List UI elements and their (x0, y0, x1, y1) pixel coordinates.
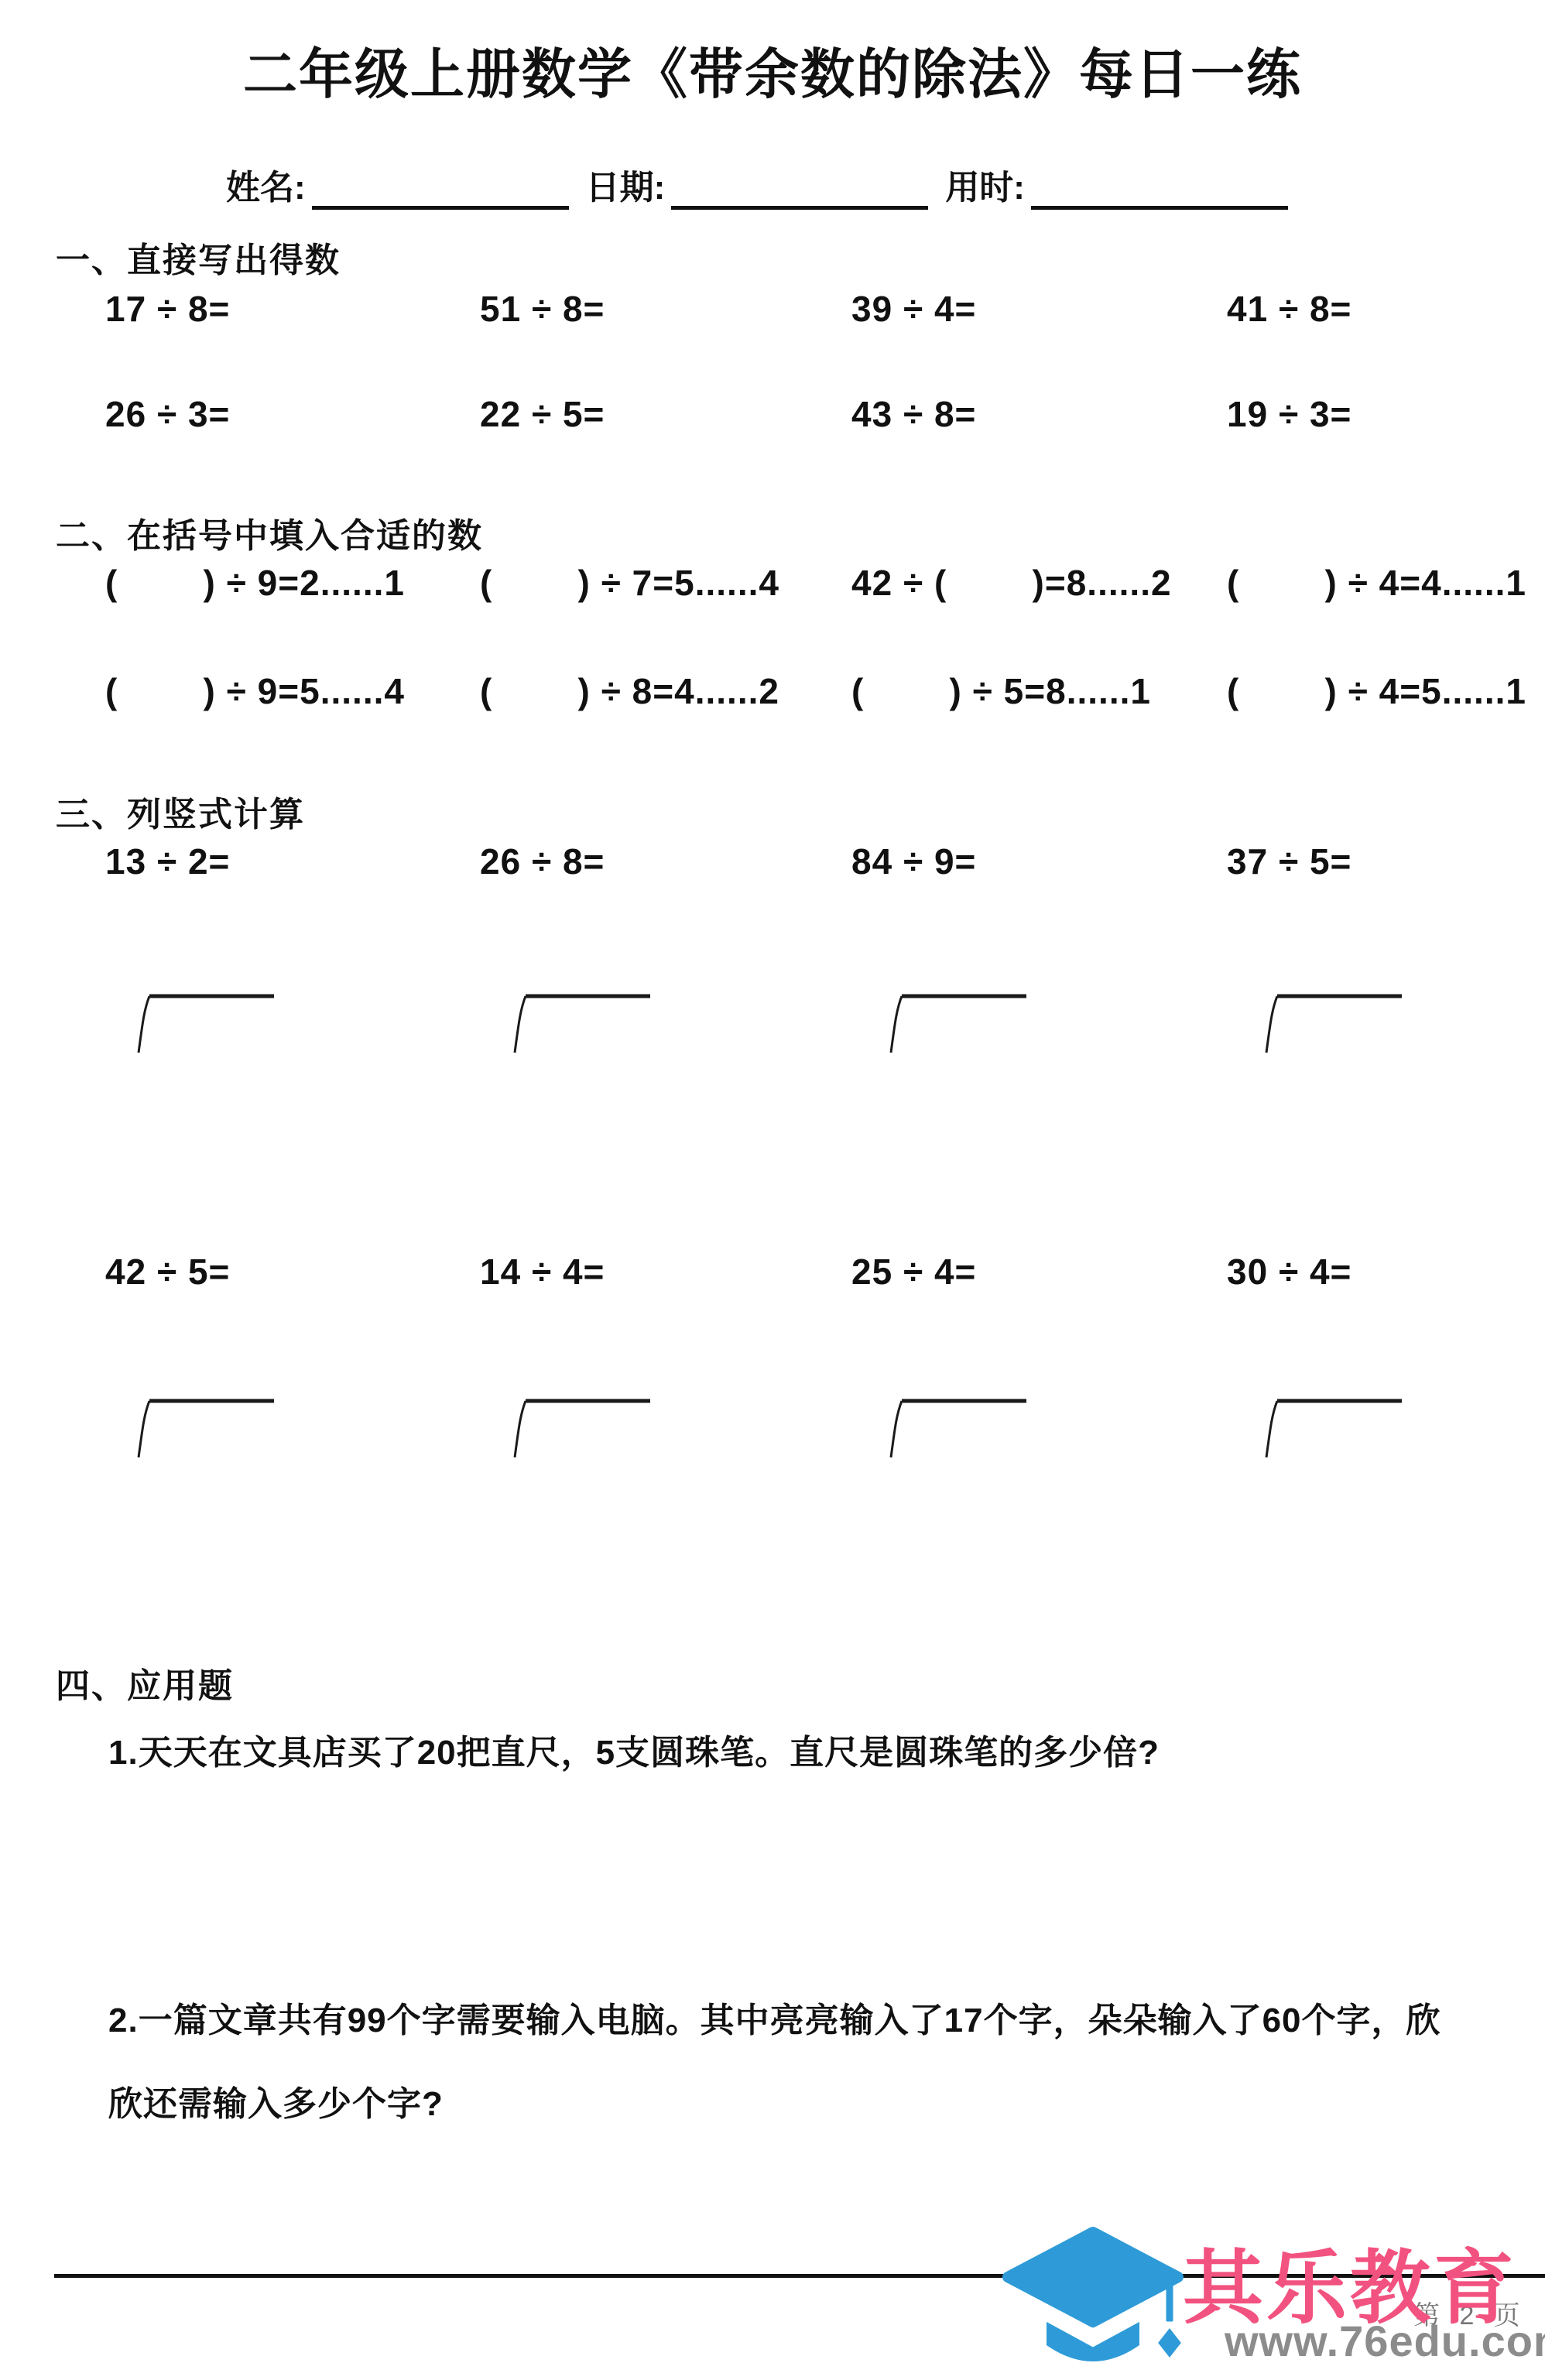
date-label: 日期: (586, 166, 666, 210)
division-problem: 41 ÷ 8= (1227, 288, 1351, 330)
long-division-bracket-icon (491, 993, 653, 1055)
time-blank-line (1031, 166, 1288, 210)
division-problem: 84 ÷ 9= (851, 841, 976, 882)
long-division-bracket-icon (1242, 1398, 1405, 1460)
fill-blank-problem: ( ) ÷ 7=5......4 (480, 562, 779, 604)
long-division-bracket-icon (115, 1398, 277, 1460)
division-problem: 19 ÷ 3= (1227, 393, 1351, 435)
fill-blank-problem: ( ) ÷ 4=5......1 (1227, 670, 1526, 712)
division-problem: 17 ÷ 8= (105, 288, 230, 330)
division-problem: 43 ÷ 8= (851, 393, 976, 435)
header-meta-row: 姓名: 日期: 用时: (226, 166, 1305, 210)
section4-heading: 四、应用题 (56, 1658, 234, 1707)
fill-blank-problem: ( ) ÷ 8=4......2 (480, 670, 779, 712)
fill-blank-problem: ( ) ÷ 9=5......4 (105, 670, 405, 712)
long-division-bracket-icon (1242, 993, 1405, 1055)
division-problem: 13 ÷ 2= (105, 841, 230, 882)
long-division-bracket-icon (115, 993, 277, 1055)
long-division-bracket-icon (491, 1398, 653, 1460)
division-problem: 25 ÷ 4= (851, 1251, 976, 1293)
section2-heading: 二、在括号中填入合适的数 (56, 508, 483, 557)
fill-blank-problem: ( ) ÷ 9=2......1 (105, 562, 405, 604)
section1-heading: 一、直接写出得数 (56, 232, 341, 282)
name-blank-line (312, 166, 569, 210)
brand-website-text: www.76edu.com (1225, 2316, 1545, 2366)
section3-heading: 三、列竖式计算 (56, 786, 305, 836)
fill-blank-problem: 42 ÷ ( )=8......2 (851, 562, 1172, 604)
division-problem: 22 ÷ 5= (480, 393, 605, 435)
page-title: 二年级上册数学《带余数的除法》每日一练 (0, 31, 1545, 109)
graduation-cap-icon (997, 2224, 1189, 2379)
division-problem: 39 ÷ 4= (851, 288, 976, 330)
division-problem: 37 ÷ 5= (1227, 841, 1351, 882)
name-label: 姓名: (226, 166, 306, 210)
date-blank-line (671, 166, 928, 210)
long-division-bracket-icon (867, 1398, 1029, 1460)
division-problem: 51 ÷ 8= (480, 288, 605, 330)
time-label: 用时: (945, 166, 1025, 210)
worksheet-page: 二年级上册数学《带余数的除法》每日一练 姓名: 日期: 用时: 一、直接写出得数… (0, 0, 1545, 2380)
word-problem-2-line2: 欣还需输入多少个字? (108, 2076, 444, 2125)
fill-blank-problem: ( ) ÷ 4=4......1 (1227, 562, 1526, 604)
division-problem: 30 ÷ 4= (1227, 1251, 1351, 1293)
long-division-bracket-icon (867, 993, 1029, 1055)
word-problem-2-line1: 2.一篇文章共有99个字需要输入电脑。其中亮亮输入了17个字，朵朵输入了60个字… (108, 1992, 1441, 2042)
fill-blank-problem: ( ) ÷ 5=8......1 (851, 670, 1151, 712)
word-problem-1: 1.天天在文具店买了20把直尺，5支圆珠笔。直尺是圆珠笔的多少倍? (108, 1724, 1160, 1774)
division-problem: 26 ÷ 3= (105, 393, 230, 435)
division-problem: 42 ÷ 5= (105, 1251, 230, 1293)
division-problem: 14 ÷ 4= (480, 1251, 605, 1293)
division-problem: 26 ÷ 8= (480, 841, 605, 882)
